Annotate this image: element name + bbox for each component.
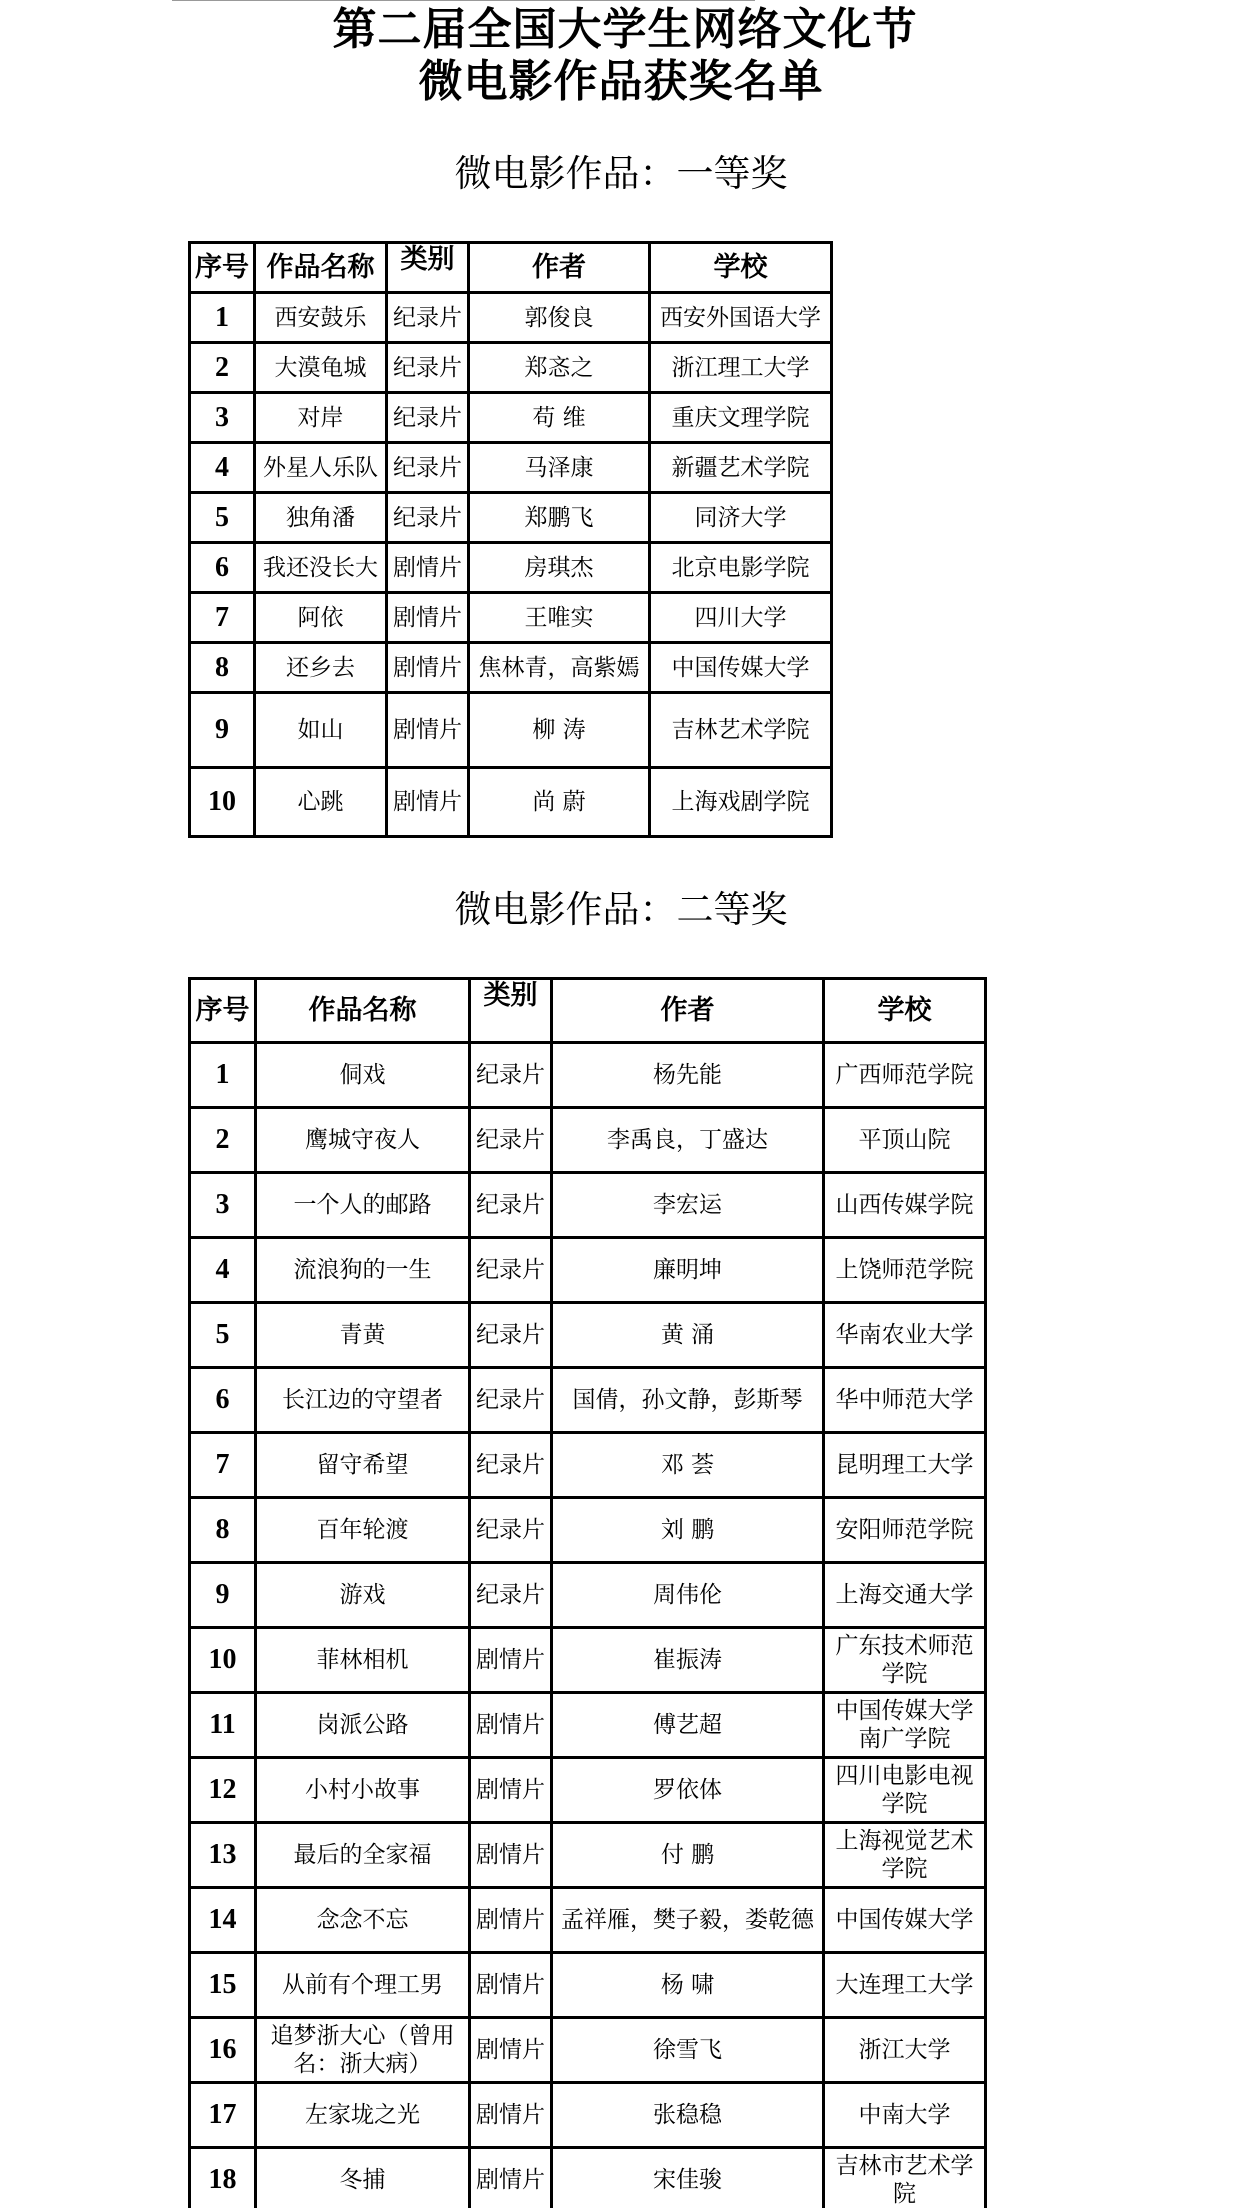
- cell-author: 傅艺超: [552, 1693, 824, 1758]
- cell-work: 侗戏: [256, 1043, 470, 1108]
- column-header-school: 学校: [650, 243, 832, 293]
- cell-school: 同济大学: [650, 493, 832, 543]
- cell-author: 李宏运: [552, 1173, 824, 1238]
- cell-category: 剧情片: [470, 1888, 552, 1953]
- cell-school: 上饶师范学院: [824, 1238, 986, 1303]
- cell-work: 追梦浙大心（曾用名：浙大病）: [256, 2018, 470, 2083]
- cell-category: 纪录片: [387, 293, 469, 343]
- cell-category: 剧情片: [470, 1758, 552, 1823]
- table-row: 13最后的全家福剧情片付 鹏上海视觉艺术学院: [190, 1823, 986, 1888]
- cell-work: 鹰城守夜人: [256, 1108, 470, 1173]
- cell-author: 杨先能: [552, 1043, 824, 1108]
- cell-no: 18: [190, 2148, 256, 2208]
- cell-work: 菲林相机: [256, 1628, 470, 1693]
- cell-category: 纪录片: [470, 1043, 552, 1108]
- cell-school: 中国传媒大学: [824, 1888, 986, 1953]
- cell-category: 剧情片: [387, 543, 469, 593]
- table-row: 6我还没长大剧情片房琪杰北京电影学院: [190, 543, 832, 593]
- cell-work: 对岸: [255, 393, 387, 443]
- cell-author: 房琪杰: [469, 543, 650, 593]
- cell-category: 纪录片: [470, 1368, 552, 1433]
- cell-no: 9: [190, 693, 255, 768]
- cell-work: 小村小故事: [256, 1758, 470, 1823]
- cell-no: 7: [190, 593, 255, 643]
- cell-category: 纪录片: [470, 1303, 552, 1368]
- table-row: 8百年轮渡纪录片刘 鹏安阳师范学院: [190, 1498, 986, 1563]
- table-row: 9如山剧情片柳 涛吉林艺术学院: [190, 693, 832, 768]
- cell-author: 柳 涛: [469, 693, 650, 768]
- cell-work: 西安鼓乐: [255, 293, 387, 343]
- table-header-row: 序号 作品名称 类别 作者 学校: [190, 979, 986, 1043]
- cell-author: 孟祥雁，樊子毅，娄乾德: [552, 1888, 824, 1953]
- cell-work: 还乡去: [255, 643, 387, 693]
- cell-work: 岗派公路: [256, 1693, 470, 1758]
- cell-author: 黄 涌: [552, 1303, 824, 1368]
- cell-author: 宋佳骏: [552, 2148, 824, 2208]
- cell-work: 外星人乐队: [255, 443, 387, 493]
- cell-work: 我还没长大: [255, 543, 387, 593]
- cell-work: 大漠龟城: [255, 343, 387, 393]
- table-row: 16追梦浙大心（曾用名：浙大病）剧情片徐雪飞浙江大学: [190, 2018, 986, 2083]
- cell-school: 上海视觉艺术学院: [824, 1823, 986, 1888]
- document-title-line2: 微电影作品获奖名单: [0, 56, 1242, 108]
- cell-school: 山西传媒学院: [824, 1173, 986, 1238]
- cell-work: 冬捕: [256, 2148, 470, 2208]
- cell-author: 张稳稳: [552, 2083, 824, 2148]
- cell-no: 4: [190, 443, 255, 493]
- cell-school: 吉林艺术学院: [650, 693, 832, 768]
- cell-no: 3: [190, 393, 255, 443]
- cell-category: 纪录片: [470, 1498, 552, 1563]
- cell-school: 四川电影电视学院: [824, 1758, 986, 1823]
- table-row: 6长江边的守望者纪录片国倩，孙文静，彭斯琴华中师范大学: [190, 1368, 986, 1433]
- cell-school: 安阳师范学院: [824, 1498, 986, 1563]
- cell-no: 6: [190, 543, 255, 593]
- cell-author: 郑忞之: [469, 343, 650, 393]
- cell-work: 念念不忘: [256, 1888, 470, 1953]
- cell-school: 北京电影学院: [650, 543, 832, 593]
- first-prize-heading: 微电影作品：一等奖: [0, 152, 1242, 196]
- cell-no: 3: [190, 1173, 256, 1238]
- cell-category: 剧情片: [470, 2083, 552, 2148]
- cell-work: 最后的全家福: [256, 1823, 470, 1888]
- table-row: 14念念不忘剧情片孟祥雁，樊子毅，娄乾德中国传媒大学: [190, 1888, 986, 1953]
- cell-no: 8: [190, 643, 255, 693]
- table-row: 4外星人乐队纪录片马泽康新疆艺术学院: [190, 443, 832, 493]
- cell-category: 纪录片: [470, 1173, 552, 1238]
- cell-category: 纪录片: [387, 493, 469, 543]
- cell-author: 付 鹏: [552, 1823, 824, 1888]
- column-header-author: 作者: [469, 243, 650, 293]
- cell-author: 李禹良，丁盛达: [552, 1108, 824, 1173]
- cell-work: 百年轮渡: [256, 1498, 470, 1563]
- cell-no: 12: [190, 1758, 256, 1823]
- cell-no: 2: [190, 1108, 256, 1173]
- cell-no: 1: [190, 1043, 256, 1108]
- table-row: 17左家垅之光剧情片张稳稳中南大学: [190, 2083, 986, 2148]
- cell-author: 郭俊良: [469, 293, 650, 343]
- cell-category: 剧情片: [470, 2148, 552, 2208]
- table-row: 8还乡去剧情片焦林青，高紫嫣中国传媒大学: [190, 643, 832, 693]
- cell-author: 周伟伦: [552, 1563, 824, 1628]
- first-prize-table: 序号 作品名称 类别 作者 学校 1西安鼓乐纪录片郭俊良西安外国语大学2大漠龟城…: [188, 241, 833, 838]
- cell-school: 四川大学: [650, 593, 832, 643]
- cell-work: 青黄: [256, 1303, 470, 1368]
- cell-no: 16: [190, 2018, 256, 2083]
- cell-work: 心跳: [255, 768, 387, 837]
- cell-author: 罗依体: [552, 1758, 824, 1823]
- top-rule-line: [172, 0, 755, 1]
- cell-work: 左家垅之光: [256, 2083, 470, 2148]
- cell-no: 8: [190, 1498, 256, 1563]
- cell-category: 剧情片: [387, 643, 469, 693]
- cell-no: 15: [190, 1953, 256, 2018]
- cell-author: 焦林青，高紫嫣: [469, 643, 650, 693]
- cell-work: 留守希望: [256, 1433, 470, 1498]
- cell-school: 上海戏剧学院: [650, 768, 832, 837]
- cell-school: 中国传媒大学南广学院: [824, 1693, 986, 1758]
- cell-school: 上海交通大学: [824, 1563, 986, 1628]
- cell-school: 昆明理工大学: [824, 1433, 986, 1498]
- cell-author: 杨 啸: [552, 1953, 824, 2018]
- table-row: 5青黄纪录片黄 涌华南农业大学: [190, 1303, 986, 1368]
- cell-category: 纪录片: [470, 1238, 552, 1303]
- cell-author: 刘 鹏: [552, 1498, 824, 1563]
- cell-school: 中国传媒大学: [650, 643, 832, 693]
- cell-no: 11: [190, 1693, 256, 1758]
- cell-author: 邓 荟: [552, 1433, 824, 1498]
- cell-author: 尚 蔚: [469, 768, 650, 837]
- cell-no: 10: [190, 768, 255, 837]
- column-header-category: 类别: [470, 979, 552, 1043]
- cell-no: 6: [190, 1368, 256, 1433]
- cell-category: 剧情片: [470, 1823, 552, 1888]
- cell-category: 纪录片: [470, 1563, 552, 1628]
- cell-no: 14: [190, 1888, 256, 1953]
- cell-school: 西安外国语大学: [650, 293, 832, 343]
- column-header-work: 作品名称: [255, 243, 387, 293]
- cell-work: 游戏: [256, 1563, 470, 1628]
- table-row: 9游戏纪录片周伟伦上海交通大学: [190, 1563, 986, 1628]
- cell-category: 纪录片: [470, 1433, 552, 1498]
- table-row: 5独角潘纪录片郑鹏飞同济大学: [190, 493, 832, 543]
- cell-category: 纪录片: [387, 443, 469, 493]
- table-row: 10心跳剧情片尚 蔚上海戏剧学院: [190, 768, 832, 837]
- second-prize-heading: 微电影作品：二等奖: [0, 888, 1242, 932]
- column-header-no: 序号: [190, 979, 256, 1043]
- cell-school: 华中师范大学: [824, 1368, 986, 1433]
- table-row: 3对岸纪录片苟 维重庆文理学院: [190, 393, 832, 443]
- cell-no: 9: [190, 1563, 256, 1628]
- cell-category: 纪录片: [470, 1108, 552, 1173]
- table-row: 4流浪狗的一生纪录片廉明坤上饶师范学院: [190, 1238, 986, 1303]
- cell-no: 10: [190, 1628, 256, 1693]
- table-row: 2大漠龟城纪录片郑忞之浙江理工大学: [190, 343, 832, 393]
- table-row: 1西安鼓乐纪录片郭俊良西安外国语大学: [190, 293, 832, 343]
- column-header-no: 序号: [190, 243, 255, 293]
- table-row: 15从前有个理工男剧情片杨 啸大连理工大学: [190, 1953, 986, 2018]
- cell-author: 廉明坤: [552, 1238, 824, 1303]
- cell-school: 平顶山院: [824, 1108, 986, 1173]
- cell-category: 剧情片: [470, 2018, 552, 2083]
- cell-author: 崔振涛: [552, 1628, 824, 1693]
- cell-author: 郑鹏飞: [469, 493, 650, 543]
- cell-category: 剧情片: [470, 1628, 552, 1693]
- cell-work: 独角潘: [255, 493, 387, 543]
- cell-category: 剧情片: [387, 768, 469, 837]
- cell-school: 新疆艺术学院: [650, 443, 832, 493]
- cell-school: 华南农业大学: [824, 1303, 986, 1368]
- cell-author: 王唯实: [469, 593, 650, 643]
- cell-author: 国倩，孙文静，彭斯琴: [552, 1368, 824, 1433]
- cell-school: 大连理工大学: [824, 1953, 986, 2018]
- table-row: 3一个人的邮路纪录片李宏运山西传媒学院: [190, 1173, 986, 1238]
- cell-no: 5: [190, 1303, 256, 1368]
- table-row: 2鹰城守夜人纪录片李禹良，丁盛达平顶山院: [190, 1108, 986, 1173]
- cell-category: 剧情片: [470, 1953, 552, 2018]
- column-header-work: 作品名称: [256, 979, 470, 1043]
- cell-work: 阿依: [255, 593, 387, 643]
- document-title-line1: 第二届全国大学生网络文化节: [0, 4, 1242, 56]
- table-row: 18冬捕剧情片宋佳骏吉林市艺术学院: [190, 2148, 986, 2208]
- cell-work: 一个人的邮路: [256, 1173, 470, 1238]
- column-header-school: 学校: [824, 979, 986, 1043]
- table-row: 10菲林相机剧情片崔振涛广东技术师范学院: [190, 1628, 986, 1693]
- column-header-category: 类别: [387, 243, 469, 293]
- cell-school: 浙江大学: [824, 2018, 986, 2083]
- cell-author: 苟 维: [469, 393, 650, 443]
- cell-author: 马泽康: [469, 443, 650, 493]
- table-row: 1侗戏纪录片杨先能广西师范学院: [190, 1043, 986, 1108]
- cell-category: 纪录片: [387, 343, 469, 393]
- cell-school: 吉林市艺术学院: [824, 2148, 986, 2208]
- cell-school: 中南大学: [824, 2083, 986, 2148]
- second-prize-table: 序号 作品名称 类别 作者 学校 1侗戏纪录片杨先能广西师范学院2鹰城守夜人纪录…: [188, 977, 987, 2208]
- cell-no: 4: [190, 1238, 256, 1303]
- table-row: 7阿依剧情片王唯实四川大学: [190, 593, 832, 643]
- cell-work: 从前有个理工男: [256, 1953, 470, 2018]
- table-row: 7留守希望纪录片邓 荟昆明理工大学: [190, 1433, 986, 1498]
- table-row: 12小村小故事剧情片罗依体四川电影电视学院: [190, 1758, 986, 1823]
- cell-category: 纪录片: [387, 393, 469, 443]
- cell-author: 徐雪飞: [552, 2018, 824, 2083]
- column-header-author: 作者: [552, 979, 824, 1043]
- cell-work: 流浪狗的一生: [256, 1238, 470, 1303]
- cell-category: 剧情片: [470, 1693, 552, 1758]
- cell-no: 17: [190, 2083, 256, 2148]
- cell-no: 7: [190, 1433, 256, 1498]
- cell-work: 长江边的守望者: [256, 1368, 470, 1433]
- cell-no: 13: [190, 1823, 256, 1888]
- cell-no: 1: [190, 293, 255, 343]
- cell-no: 5: [190, 493, 255, 543]
- table-header-row: 序号 作品名称 类别 作者 学校: [190, 243, 832, 293]
- cell-school: 广西师范学院: [824, 1043, 986, 1108]
- cell-school: 浙江理工大学: [650, 343, 832, 393]
- cell-no: 2: [190, 343, 255, 393]
- cell-school: 广东技术师范学院: [824, 1628, 986, 1693]
- cell-category: 剧情片: [387, 693, 469, 768]
- cell-category: 剧情片: [387, 593, 469, 643]
- table-row: 11岗派公路剧情片傅艺超中国传媒大学南广学院: [190, 1693, 986, 1758]
- cell-school: 重庆文理学院: [650, 393, 832, 443]
- cell-work: 如山: [255, 693, 387, 768]
